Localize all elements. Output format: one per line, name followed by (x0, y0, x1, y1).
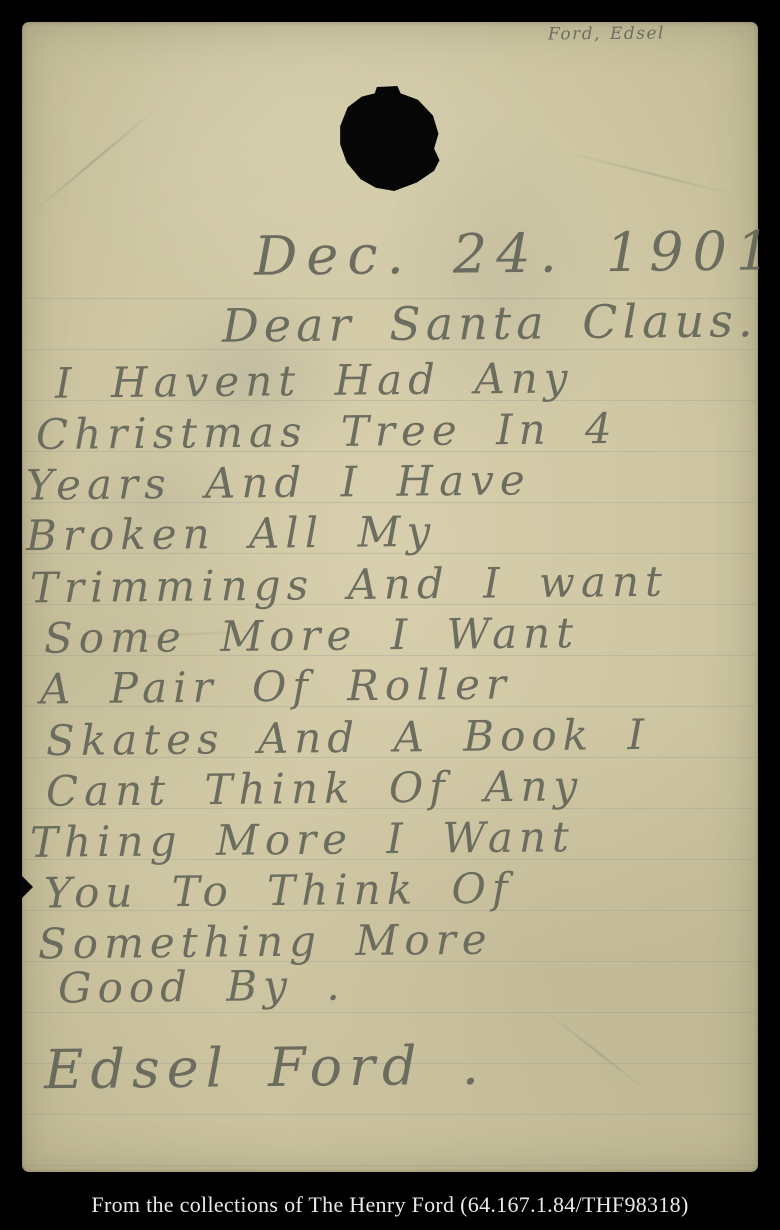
letter-line: Broken All My (26, 507, 437, 560)
letter-line: Christmas Tree In 4 (36, 404, 618, 459)
letter-line: You To Think Of (44, 864, 514, 918)
letter-line: Trimmings And I want (30, 557, 668, 613)
letter-line: Skates And A Book I (46, 710, 651, 765)
scanned-letter-view: Ford, Edsel Dec. 24. 1901 Dear Santa Cla… (0, 0, 780, 1230)
letter-salutation: Dear Santa Claus. (222, 293, 758, 353)
letter-line: Cant Think Of Any (46, 761, 584, 816)
letter-line: I Havent Had Any (55, 353, 574, 407)
letter-line: Good By . (58, 960, 346, 1012)
collection-caption: From the collections of The Henry Ford (… (0, 1192, 780, 1218)
letter-line: A Pair Of Roller (40, 660, 512, 714)
letter-signature: Edsel Ford . (44, 1034, 486, 1102)
archival-annotation: Ford, Edsel (548, 23, 665, 44)
letter-line: Some More I Want (44, 608, 580, 663)
letter-line: Thing More I Want (30, 812, 575, 867)
letter-line: Something More (38, 915, 493, 969)
letter-line: Years And I Have (26, 455, 531, 509)
letter-date: Dec. 24. 1901 (254, 219, 780, 287)
